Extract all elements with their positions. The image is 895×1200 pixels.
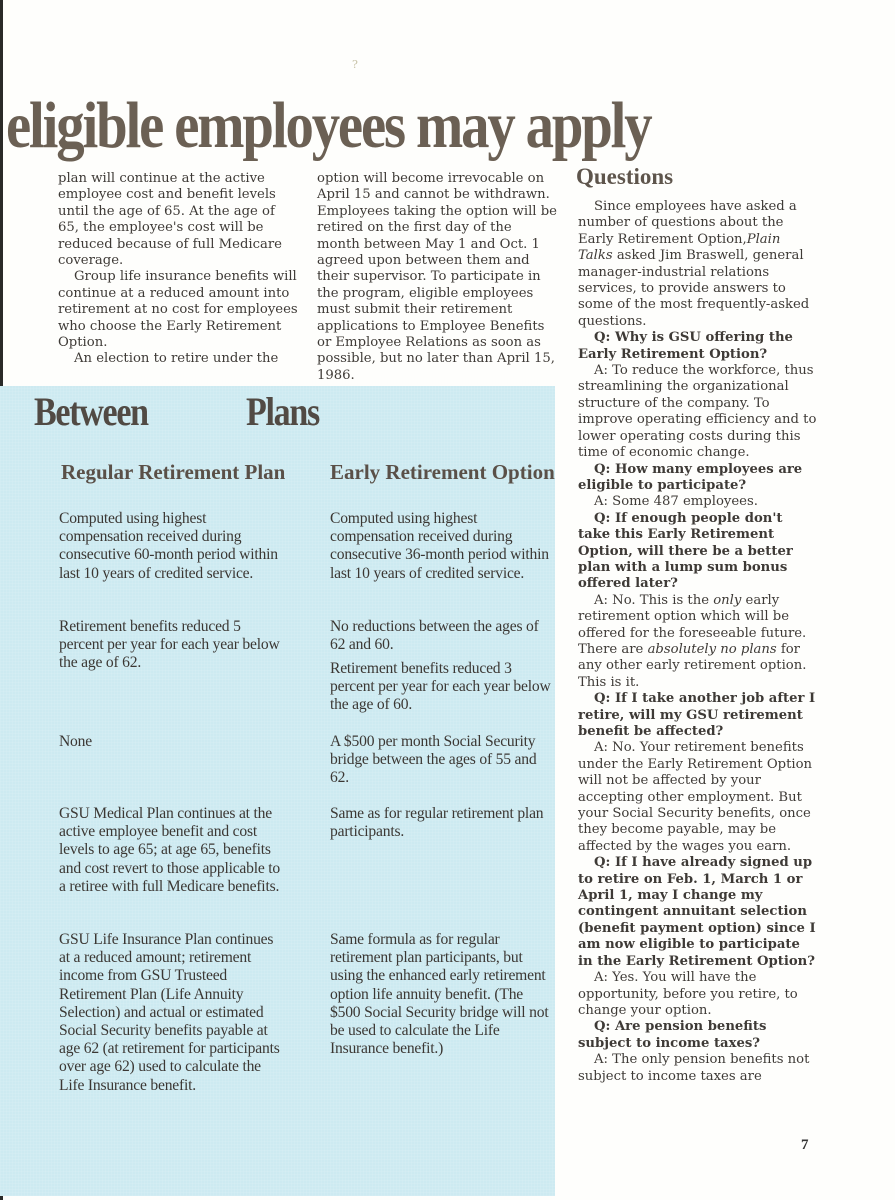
early-option-reduction: No reductions between the ages of 62 and… — [330, 618, 555, 654]
early-option-reduction-below-60: Retirement benefits reduced 3 percent pe… — [330, 660, 555, 715]
article-paragraph: plan will continue at the active employe… — [58, 171, 298, 269]
regular-plan-social-security: None — [59, 733, 284, 751]
article-column-1: plan will continue at the active employe… — [58, 171, 298, 368]
article-paragraph: Group life insurance benefits will conti… — [58, 269, 298, 351]
regular-plan-life-insurance: GSU Life Insurance Plan continues at a r… — [59, 931, 284, 1095]
questions-heading: Questions — [576, 164, 673, 190]
early-option-calculation: Computed using highest compensation rece… — [330, 510, 555, 583]
column-header-early-option: Early Retirement Option — [330, 461, 560, 483]
question: Q: If I take another job after I retire,… — [578, 691, 818, 740]
early-option-life-insurance: Same formula as for regular retirement p… — [330, 931, 555, 1058]
article-column-2: option will become irrevocable on April … — [317, 171, 557, 384]
answer: A: Yes. You will have the opportunity, b… — [578, 970, 818, 1019]
answer: A: To reduce the workforce, thus streaml… — [578, 363, 818, 461]
question: Q: Are pension benefits subject to incom… — [578, 1019, 818, 1052]
intro-text: asked Jim Braswell, general manager-indu… — [578, 248, 809, 329]
early-option-medical: Same as for regular retirement plan part… — [330, 805, 555, 841]
question: Q: How many employees are eligible to pa… — [578, 462, 818, 495]
answer: A: No. This is the only early retirement… — [578, 593, 818, 691]
questions-intro: Since employees have asked a number of q… — [578, 199, 818, 330]
answer: A: The only pension benefits not subject… — [578, 1052, 818, 1085]
questions-column: Since employees have asked a number of q… — [578, 199, 818, 1085]
column-header-regular-plan: Regular Retirement Plan — [61, 461, 291, 483]
question: Q: If enough people don't take this Earl… — [578, 511, 818, 593]
headline: eligible employees may apply — [6, 86, 651, 166]
answer-emphasis: only — [713, 593, 741, 608]
question: Q: Why is GSU offering the Early Retirem… — [578, 330, 818, 363]
article-paragraph: option will become irrevocable on April … — [317, 171, 557, 384]
panel-title-right: Plans — [246, 388, 319, 435]
question: Q: If I have already signed up to retire… — [578, 855, 818, 970]
panel-title-left: Between — [34, 388, 148, 435]
regular-plan-medical: GSU Medical Plan continues at the active… — [59, 805, 284, 896]
answer-text: A: No. This is the — [594, 593, 713, 608]
answer: A: No. Your retirement benefits under th… — [578, 740, 818, 855]
page-number: 7 — [801, 1137, 809, 1154]
answer-emphasis: absolutely no plans — [648, 642, 777, 657]
regular-plan-reduction: Retirement benefits reduced 5 percent pe… — [59, 618, 284, 673]
regular-plan-calculation: Computed using highest compensation rece… — [59, 510, 284, 583]
early-option-social-security: A $500 per month Social Security bridge … — [330, 733, 555, 788]
print-speck: ? — [352, 58, 358, 71]
article-paragraph: An election to retire under the — [58, 351, 298, 367]
answer: A: Some 487 employees. — [578, 494, 818, 510]
